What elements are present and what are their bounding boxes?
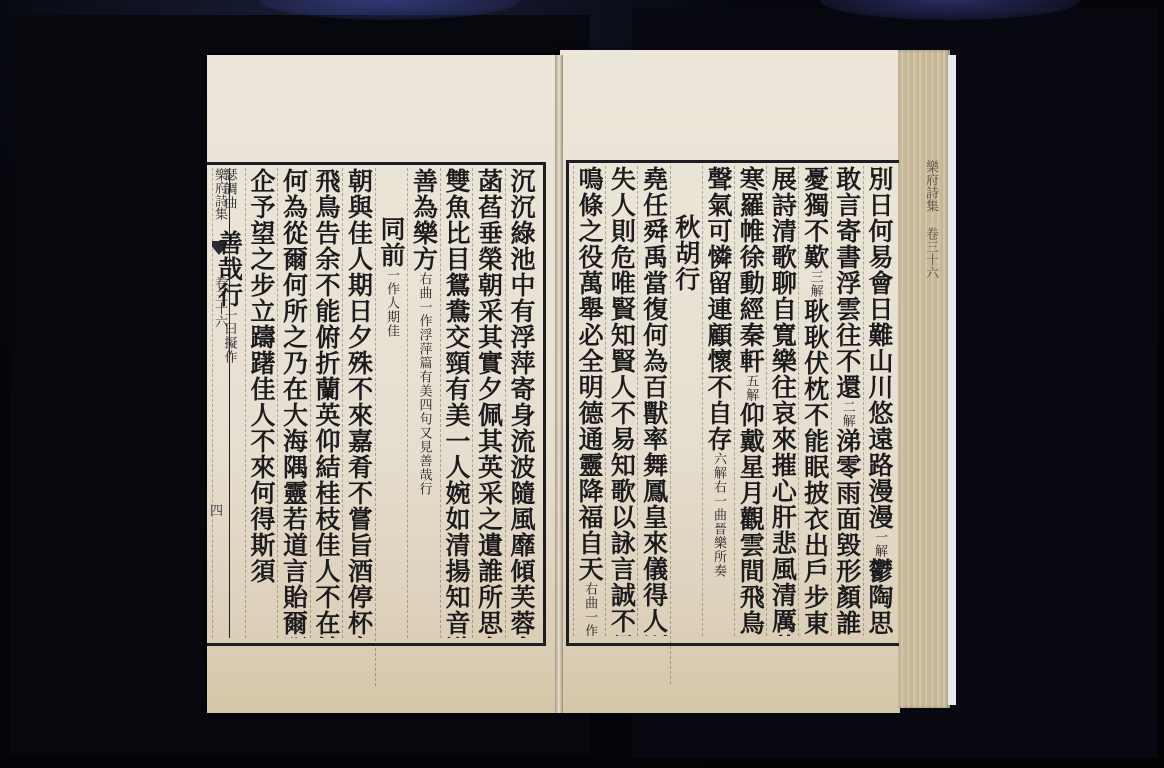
annotation-note: 一作人期佳 [384, 268, 399, 338]
annotation-note: 一曰擬作 [222, 308, 237, 364]
column-text: 聲氣可憐留連顧懷不自存 [704, 166, 733, 452]
text-column: 沉沉綠池中有浮萍寄身流波隨風靡傾芙蓉含芳 [505, 168, 538, 638]
book-fore-edge-edge [948, 55, 956, 705]
text-column: 憂獨不歎三解耿耿伏枕不能眠披衣出戶步東西四解 [798, 166, 830, 636]
column-text: 企予望之步立躊躇佳人不來何得斯須 [247, 168, 276, 584]
annotation-note: 瑟調曲 [222, 168, 237, 210]
annotation-note: 右曲一作魏德歌 [582, 582, 597, 636]
book-title-right: 樂府詩集 [923, 160, 938, 212]
poem-title-column: 秋胡行 [670, 166, 702, 684]
poem-title: 秋胡行 [672, 214, 701, 292]
poem-title: 善哉行 [215, 210, 244, 308]
text-column: 展詩清歌聊自寬樂往哀來摧心肝悲風清厲秋氣 [766, 166, 798, 636]
poem-title: 同前 [377, 216, 406, 268]
annotation-note: 五解 [743, 374, 758, 402]
column-text: 雙魚比目鴛鴦交頸有美一人婉如清揚知音識曲 [442, 168, 471, 638]
column-text: 菡萏垂榮朝采其實夕佩其英采之遺誰所思在庭 [475, 168, 504, 638]
column-text: 寒羅帷徐動經秦軒 [736, 166, 765, 374]
text-column: 堯任舜禹當復何為百獸率舞鳳皇來儀得人則安 [637, 166, 669, 636]
left-page-text: 沉沉綠池中有浮萍寄身流波隨風靡傾芙蓉含芳 菡萏垂榮朝采其實夕佩其英采之遺誰所思在… [212, 168, 537, 638]
column-text: 鳴條之役萬舉必全明德通靈降福自天 [575, 166, 604, 582]
column-text: 朝與佳人期日夕殊不來嘉肴不嘗旨酒停杯寄言 [345, 168, 374, 638]
text-column: 敢言寄書浮雲往不還二解涕零雨面毀形顏誰能懷 [831, 166, 863, 636]
column-text: 沉沉綠池中有浮萍寄身流波隨風靡傾芙蓉含芳 [507, 168, 536, 638]
book-fore-edge [898, 50, 950, 708]
text-column: 雙魚比目鴛鴦交頸有美一人婉如清揚知音識曲 [440, 168, 473, 638]
annotation-note: 右曲一作浮萍篇有美四句又見善哉行 [417, 272, 432, 496]
column-text: 失人則危唯賢知賢人不易知歌以詠言誠不易移 [607, 166, 636, 636]
column-text: 何為從爾何所之乃在大海隅靈若道言貽爾明珠 [280, 168, 309, 638]
column-text: 堯任舜禹當復何為百獸率舞鳳皇來儀得人則安 [640, 166, 669, 636]
column-text: 別日何易會日難山川悠遠路漫漫 [865, 166, 894, 530]
column-text: 耿耿伏枕不能眠披衣出戶步東西 [801, 298, 830, 636]
text-column: 何為從爾何所之乃在大海隅靈若道言貽爾明珠 [277, 168, 310, 638]
text-column: 飛鳥告余不能俯折蘭英仰結桂枝佳人不在結之 [310, 168, 343, 638]
poem-title-column: 瑟調曲善哉行一曰擬作 [212, 168, 245, 638]
column-text: 仰戴星月觀雲間飛鳥晨鳴 [736, 402, 765, 636]
column-text: 憂獨不歎 [801, 166, 830, 270]
text-column: 菡萏垂榮朝采其實夕佩其英采之遺誰所思在庭 [472, 168, 505, 638]
annotation-note: 二解 [840, 400, 855, 428]
text-column: 鳴條之役萬舉必全明德通靈降福自天右曲一作魏德歌 [573, 166, 605, 636]
right-margin-title-strip: 樂府詩集 卷三十六 [900, 160, 940, 330]
text-column: 聲氣可憐留連顧懷不自存六解右一曲晉樂所奏 [702, 166, 734, 636]
column-text: 敢言寄書浮雲往不還 [833, 166, 862, 400]
text-column: 朝與佳人期日夕殊不來嘉肴不嘗旨酒停杯寄言 [342, 168, 375, 638]
column-text: 涕零雨面毀形顏誰能懷 [833, 428, 862, 636]
poem-title-column: 同前一作人期佳 [375, 168, 408, 686]
column-text: 飛鳥告余不能俯折蘭英仰結桂枝佳人不在結之 [312, 168, 341, 638]
annotation-note: 六解右一曲晉樂所奏 [711, 452, 726, 578]
text-column: 失人則危唯賢知賢人不易知歌以詠言誠不易移 [605, 166, 637, 636]
text-column: 企予望之步立躊躇佳人不來何得斯須 [245, 168, 278, 638]
column-text: 展詩清歌聊自寬樂往哀來摧心肝悲風清厲秋氣 [768, 166, 797, 636]
column-text: 善為樂方 [410, 168, 439, 272]
text-column: 善為樂方右曲一作浮萍篇有美四句又見善哉行 [407, 168, 440, 638]
book-gutter [555, 55, 563, 713]
text-column: 別日何易會日難山川悠遠路漫漫一解鬱陶思君未 [863, 166, 895, 636]
juan-label-right: 卷三十六 [923, 227, 938, 279]
right-page-text: 別日何易會日難山川悠遠路漫漫一解鬱陶思君未 敢言寄書浮雲往不還二解涕零雨面毀形顏… [573, 166, 895, 636]
column-text: 鬱陶思君未 [865, 558, 894, 636]
text-column: 寒羅帷徐動經秦軒五解仰戴星月觀雲間飛鳥晨鳴 [734, 166, 766, 636]
annotation-note: 三解 [808, 270, 823, 298]
annotation-note: 一解 [872, 530, 887, 558]
